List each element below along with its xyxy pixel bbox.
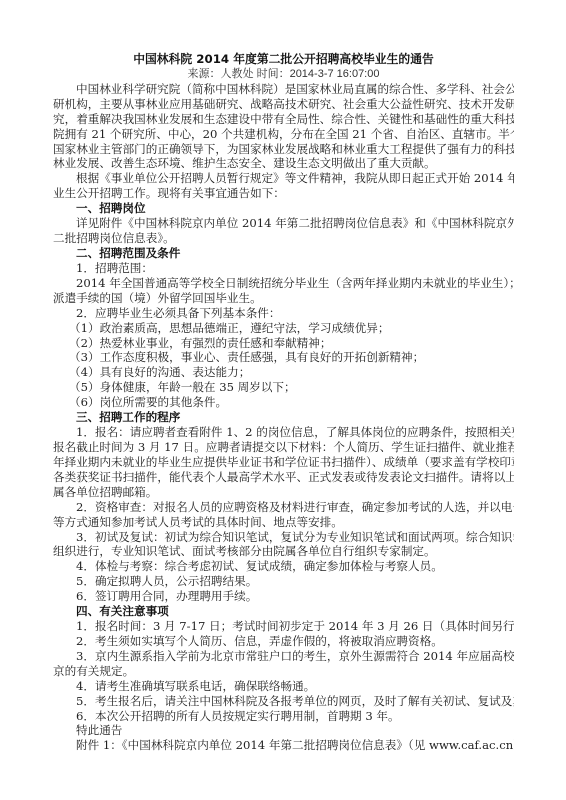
section-notes: 四、有关注意事项 1．报名时间：3 月 7-17 日；考试时间初步定于 2014… xyxy=(53,604,514,723)
text-line: 1．报名时间：3 月 7-17 日；考试时间初步定于 2014 年 3 月 26… xyxy=(53,619,514,634)
text-line: 3．京内生源系指入学前为北京市常驻户口的考生，京外生源需符合 2014 年应届高… xyxy=(53,649,514,664)
section-heading: 一、招聘岗位 xyxy=(53,201,514,216)
document-title: 中国林科院 2014 年度第二批公开招聘高校毕业生的通告 xyxy=(53,52,514,67)
condition-item: （2）热爱林业事业，有强烈的责任感和奉献精神； xyxy=(53,336,514,351)
text-line: 属各单位招聘邮箱。 xyxy=(53,485,514,500)
text-line: 中国林业科学研究院（简称中国林科院）是国家林业局直属的综合性、多学科、社会公益型… xyxy=(53,82,514,97)
condition-item: （4）具有良好的沟通、表达能力； xyxy=(53,365,514,380)
text-line: 二批招聘岗位信息表》。 xyxy=(53,231,514,246)
text-line: 院拥有 21 个研究所、中心，20 个共建机构，分布在全国 21 个省、自治区、… xyxy=(53,127,514,142)
text-line: 1．招聘范围： xyxy=(53,261,514,276)
section-heading: 三、招聘工作的程序 xyxy=(53,410,514,425)
text-line: 京的有关规定。 xyxy=(53,664,514,679)
text-line: 业生公开招聘工作。现将有关事宜通告如下： xyxy=(53,186,514,201)
attachment-link[interactable]: 附件 1：《中国林科院京内单位 2014 年第二批招聘岗位信息表》（见 www.… xyxy=(53,738,514,753)
text-line: 国家林业主管部门的正确领导下，为国家林业发展战略和林业重大工程提供了强有力的科技… xyxy=(53,142,514,157)
text-line: 研机构，主要从事林业应用基础研究、战略高技术研究、社会重大公益性研究、技术开发研… xyxy=(53,97,514,112)
text-line: 6．签订聘用合同，办理聘用手续。 xyxy=(53,589,514,604)
text-line: 2．考生须如实填写个人简历、信息，弄虚作假的，将被取消应聘资格。 xyxy=(53,634,514,649)
text-line: 各类获奖证书扫描件，能代表个人最高学术水平、正式发表或待发表论文扫描件。请将以上… xyxy=(53,470,514,485)
basis-paragraph: 根据《事业单位公开招聘人员暂行规定》等文件精神，我院从即日起正式开始 2014 … xyxy=(53,171,514,201)
text-line: 5．考生报名后，请关注中国林科院及各报考单位的网页，及时了解有关初试、复试及其他… xyxy=(53,694,514,709)
condition-item: （3）工作态度积极，事业心、责任感强，具有良好的开拓创新精神； xyxy=(53,350,514,365)
text-line: 3．初试及复试：初试为综合知识笔试，复试分为专业知识笔试和面试两项。综合知识笔试… xyxy=(53,530,514,545)
text-line: 4．请考生准确填写联系电话，确保联络畅通。 xyxy=(53,679,514,694)
section-positions: 一、招聘岗位 详见附件《中国林科院京内单位 2014 年第二批招聘岗位信息表》和… xyxy=(53,201,514,246)
text-line: 1．报名：请应聘者查看附件 1、2 的岗位信息，了解具体岗位的应聘条件，按照相关… xyxy=(53,425,514,440)
text-line: 2．应聘毕业生必须具备下列基本条件： xyxy=(53,306,514,321)
text-line: 组织进行，专业知识笔试、面试考核部分由院属各单位自行组织专家制定。 xyxy=(53,544,514,559)
condition-item: （6）岗位所需要的其他条件。 xyxy=(53,395,514,410)
section-heading: 四、有关注意事项 xyxy=(53,604,514,619)
source-time-meta: 来源：人教处 时间：2014-3-7 16:07:00 xyxy=(53,67,514,82)
text-line: 6．本次公开招聘的所有人员按规定实行聘用制，首聘期 3 年。 xyxy=(53,709,514,724)
text-line: 报名截止时间为 3 月 17 日。应聘者请提交以下材料：个人简历、学生证扫描件、… xyxy=(53,440,514,455)
text-line: 2．资格审查：对报名人员的应聘资格及材料进行审查，确定参加考试的人选，并以电子邮… xyxy=(53,500,514,515)
text-line: 等方式通知参加考试人员考试的具体时间、地点等安排。 xyxy=(53,515,514,530)
section-heading: 二、招聘范围及条件 xyxy=(53,246,514,261)
intro-paragraph: 中国林业科学研究院（简称中国林科院）是国家林业局直属的综合性、多学科、社会公益型… xyxy=(53,82,514,172)
section-scope-conditions: 二、招聘范围及条件 1．招聘范围： 2014 年全国普通高等学校全日制统招统分毕… xyxy=(53,246,514,410)
text-line: 根据《事业单位公开招聘人员暂行规定》等文件精神，我院从即日起正式开始 2014 … xyxy=(53,171,514,186)
condition-item: （5）身体健康，年龄一般在 35 周岁以下； xyxy=(53,380,514,395)
text-line: 4．体检与考察：综合考虑初试、复试成绩，确定参加体检与考察人员。 xyxy=(53,559,514,574)
text-line: 年择业期内未就业的毕业生应提供毕业证书和学位证书扫描件）、成绩单（要求盖有学校印… xyxy=(53,455,514,470)
text-line: 派遣手续的国（境）外留学回国毕业生。 xyxy=(53,291,514,306)
closing-line: 特此通告 xyxy=(53,723,514,738)
section-procedure: 三、招聘工作的程序 1．报名：请应聘者查看附件 1、2 的岗位信息，了解具体岗位… xyxy=(53,410,514,604)
announcement-document: 中国林科院 2014 年度第二批公开招聘高校毕业生的通告 来源：人教处 时间：2… xyxy=(53,52,514,753)
text-line: 详见附件《中国林科院京内单位 2014 年第二批招聘岗位信息表》和《中国林科院京… xyxy=(53,216,514,231)
text-line: 林业发展、改善生态环境、维护生态安全、建设生态文明做出了重大贡献。 xyxy=(53,156,514,171)
text-line: 5．确定拟聘人员，公示招聘结果。 xyxy=(53,574,514,589)
text-line: 究，着重解决我国林业发展和生态建设中带有全局性、综合性、关键性和基础性的重大科技… xyxy=(53,112,514,127)
text-line: 2014 年全国普通高等学校全日制统招统分毕业生（含两年择业期内未就业的毕业生）… xyxy=(53,276,514,291)
condition-item: （1）政治素质高，思想品德端正，遵纪守法，学习成绩优异； xyxy=(53,321,514,336)
